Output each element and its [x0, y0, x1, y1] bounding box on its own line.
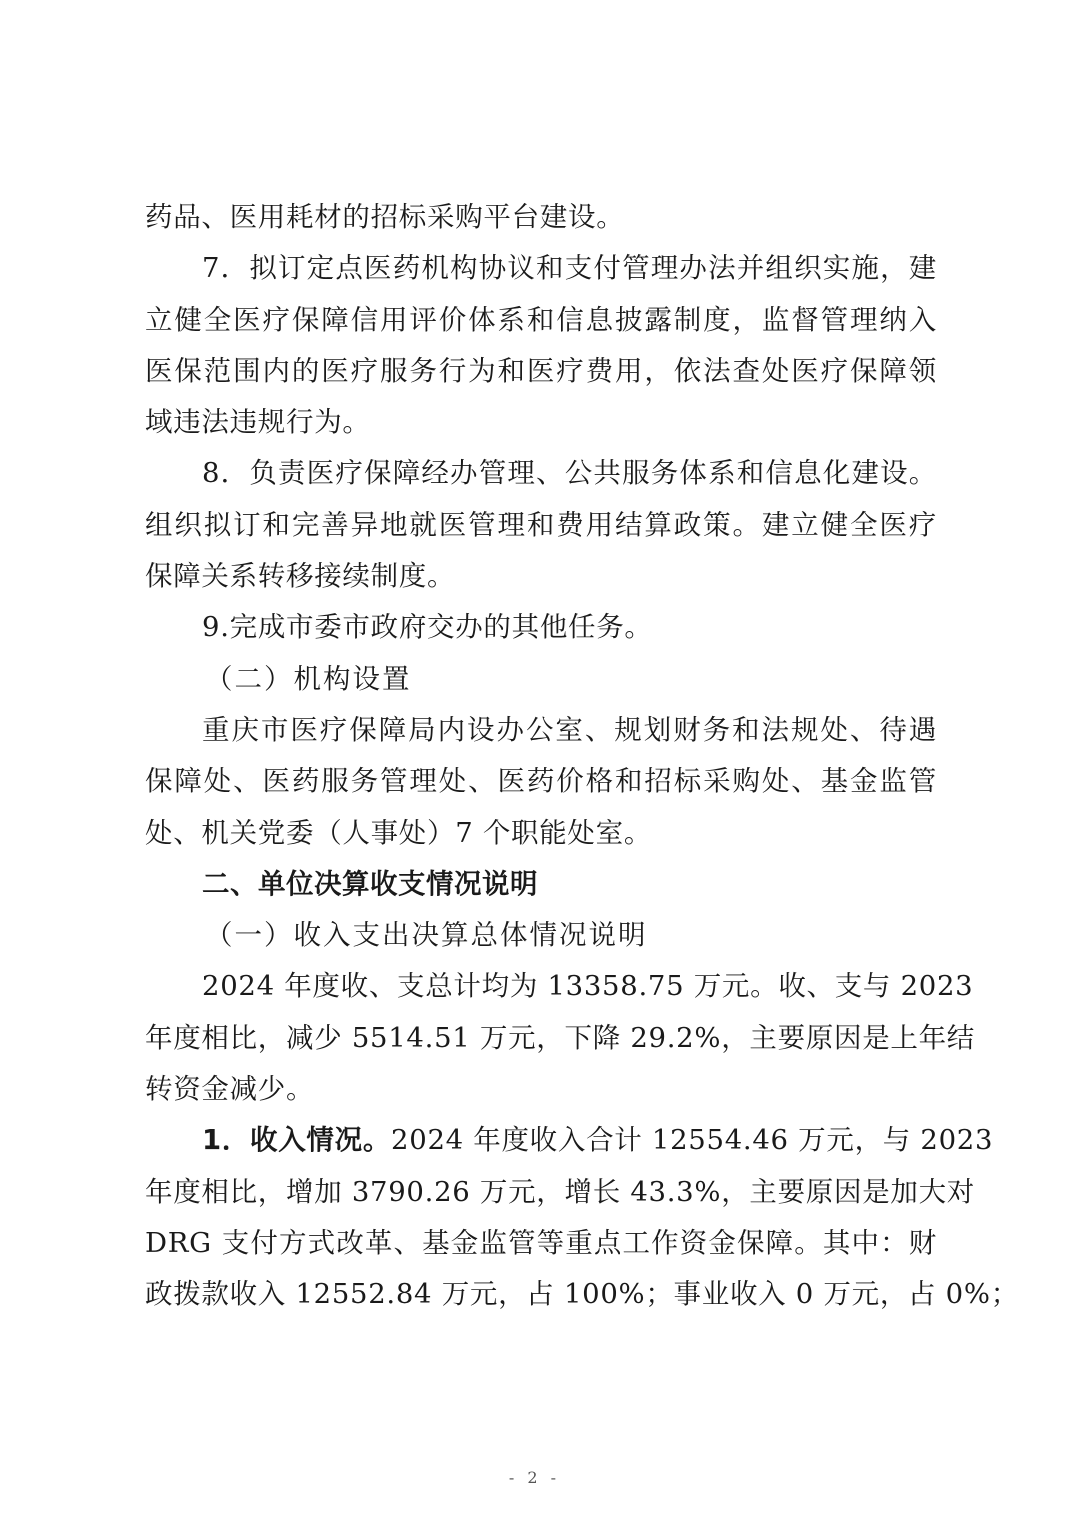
list-item-9: 9.完成市委市政府交办的其他任务。: [145, 602, 937, 653]
subsection-heading-overall: （一）收入支出决算总体情况说明: [145, 910, 937, 961]
paragraph-line: 转资金减少。: [145, 1064, 937, 1115]
paragraph-line: 药品、医用耗材的招标采购平台建设。: [145, 192, 937, 243]
paragraph-line: 医保范围内的医疗服务行为和医疗费用，依法查处医疗保障领: [145, 346, 937, 397]
income-heading: 1．收入情况。: [202, 1124, 391, 1156]
paragraph-line: 立健全医疗保障信用评价体系和信息披露制度，监督管理纳入: [145, 295, 937, 346]
section-heading-institution-setup: （二）机构设置: [145, 654, 937, 705]
income-text: 2024 年度收入合计 12554.46 万元，与 2023: [391, 1124, 993, 1156]
list-item-7: 7．拟订定点医药机构协议和支付管理办法并组织实施，建: [145, 243, 937, 294]
paragraph-line: 年度相比，减少 5514.51 万元，下降 29.2%，主要原因是上年结: [145, 1013, 937, 1064]
paragraph-line: 保障关系转移接续制度。: [145, 551, 937, 602]
document-body: 药品、医用耗材的招标采购平台建设。 7．拟订定点医药机构协议和支付管理办法并组织…: [145, 192, 937, 1321]
paragraph-line: DRG 支付方式改革、基金监管等重点工作资金保障。其中：财: [145, 1218, 937, 1269]
page-number: - 2 -: [0, 1468, 1069, 1487]
income-paragraph-line: 1．收入情况。2024 年度收入合计 12554.46 万元，与 2023: [145, 1115, 937, 1166]
paragraph-line: 处、机关党委（人事处）7 个职能处室。: [145, 808, 937, 859]
list-item-8: 8．负责医疗保障经办管理、公共服务体系和信息化建设。: [145, 448, 937, 499]
document-page: 药品、医用耗材的招标采购平台建设。 7．拟订定点医药机构协议和支付管理办法并组织…: [0, 0, 1069, 1515]
paragraph-line: 年度相比，增加 3790.26 万元，增长 43.3%，主要原因是加大对: [145, 1167, 937, 1218]
paragraph-line: 重庆市医疗保障局内设办公室、规划财务和法规处、待遇: [145, 705, 937, 756]
paragraph-line: 组织拟订和完善异地就医管理和费用结算政策。建立健全医疗: [145, 500, 937, 551]
paragraph-line: 域违法违规行为。: [145, 397, 937, 448]
section-heading-budget-explanation: 二、单位决算收支情况说明: [145, 859, 937, 910]
paragraph-line: 保障处、医药服务管理处、医药价格和招标采购处、基金监管: [145, 756, 937, 807]
paragraph-line: 政拨款收入 12552.84 万元，占 100%；事业收入 0 万元，占 0%；: [145, 1269, 937, 1320]
paragraph-line: 2024 年度收、支总计均为 13358.75 万元。收、支与 2023: [145, 961, 937, 1012]
